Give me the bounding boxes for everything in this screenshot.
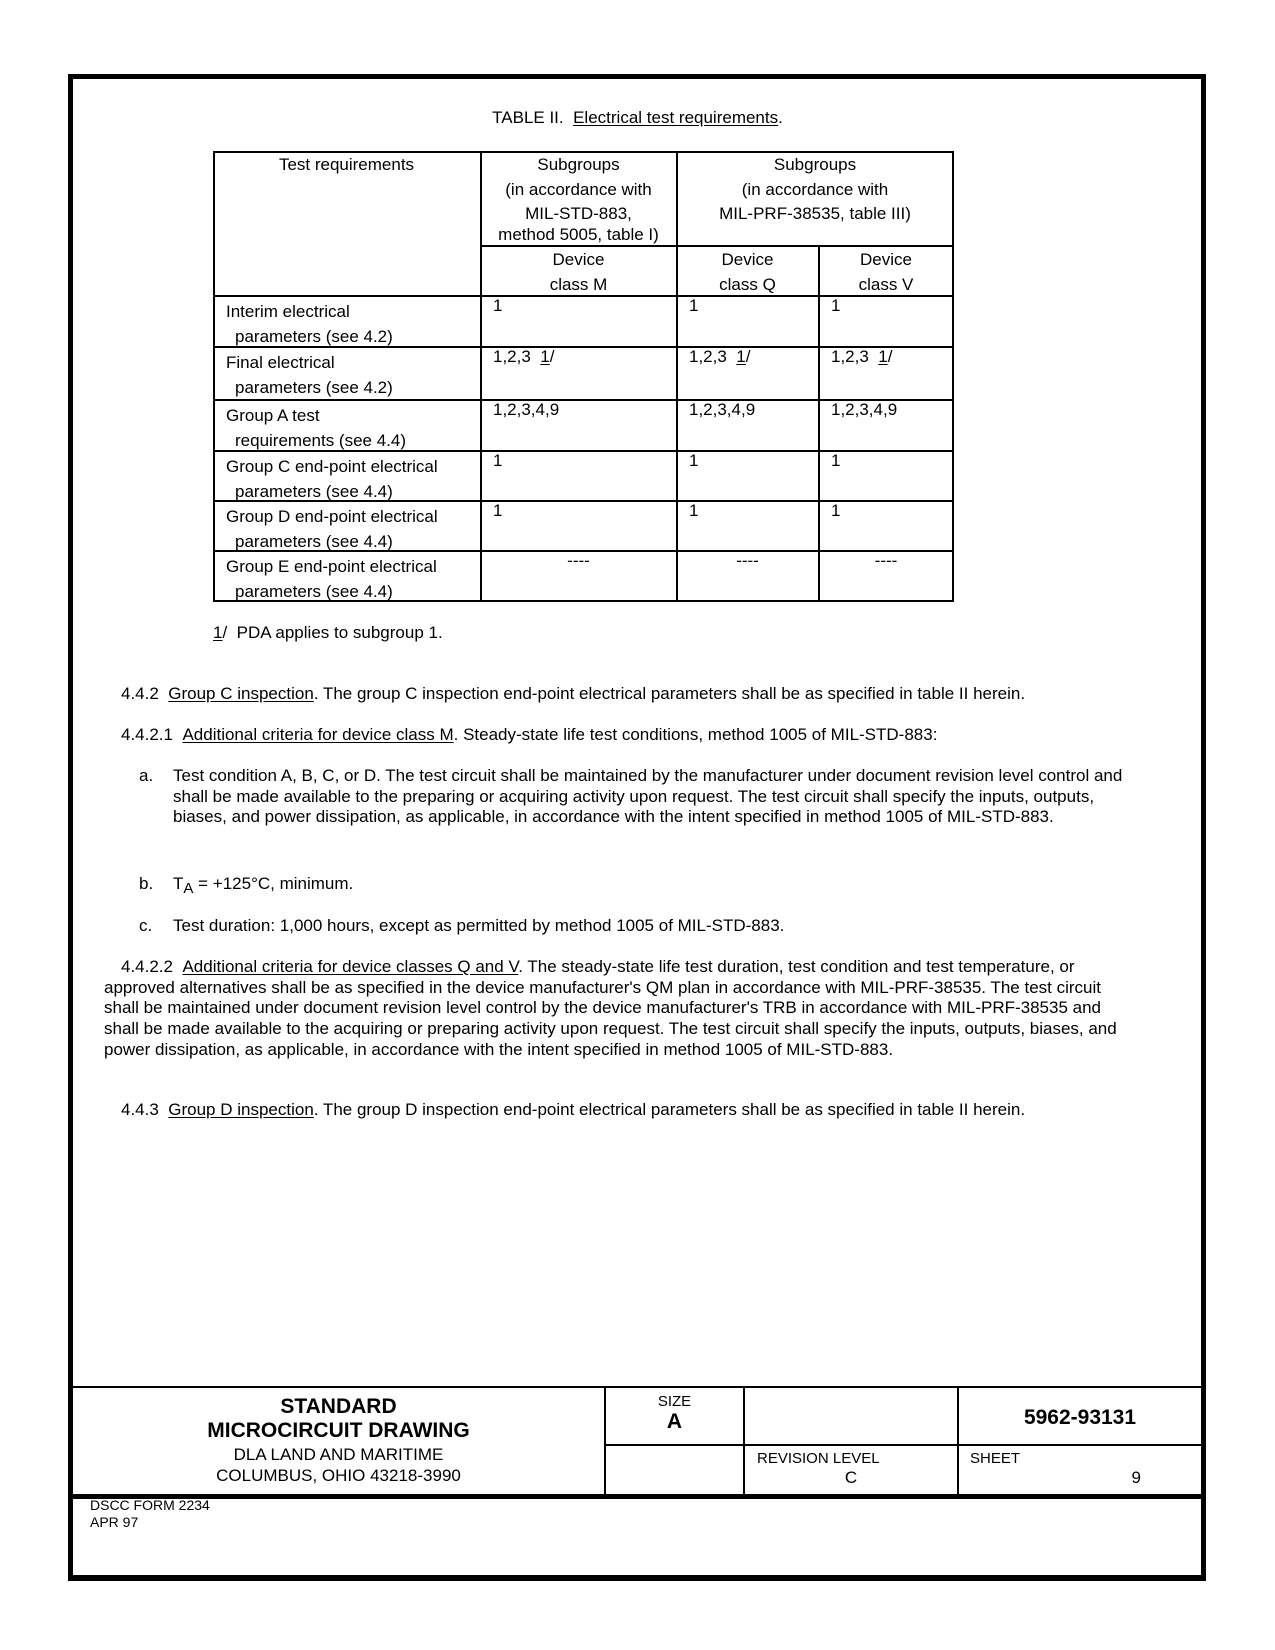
cell-class-v: ----	[819, 549, 953, 574]
list-item-b-letter: b.	[139, 874, 153, 895]
revision-level-value: C	[745, 1468, 957, 1488]
cell-class-q: 1	[689, 499, 698, 524]
form-identifier: DSCC FORM 2234 APR 97	[90, 1497, 210, 1531]
size-value: A	[606, 1410, 743, 1434]
section-title: Group D inspection	[168, 1100, 314, 1119]
cell-class-m: 1,2,3 1/	[493, 345, 554, 370]
row-label: Group C end-point electricalparameters (…	[226, 455, 480, 504]
footnote-reference: 1/	[736, 347, 750, 366]
electrical-test-requirements-table: Test requirements Subgroups (in accordan…	[213, 151, 954, 602]
header-test-requirements: Test requirements	[213, 153, 480, 178]
table-caption-prefix: TABLE II.	[492, 108, 564, 127]
header-device-class-m: Device class M	[481, 248, 676, 297]
header-subgroups-mil-prf-38535: Subgroups (in accordance with MIL-PRF-38…	[677, 153, 953, 227]
section-4-4-3: 4.4.3 Group D inspection. The group D in…	[121, 1100, 1131, 1121]
cell-class-v: 1	[831, 294, 840, 319]
agency-address: COLUMBUS, OHIO 43218-3990	[73, 1466, 604, 1486]
drawing-number: 5962-93131	[959, 1406, 1201, 1430]
row-label: Group D end-point electricalparameters (…	[226, 505, 480, 554]
header-device-class-v: Device class V	[819, 248, 953, 297]
form-name: DSCC FORM 2234	[90, 1497, 210, 1514]
form-date: APR 97	[90, 1514, 210, 1531]
size-label: SIZE	[606, 1393, 743, 1410]
list-item-c-text: Test duration: 1,000 hours, except as pe…	[173, 916, 1123, 937]
header-subgroups-mil-std-883: Subgroups (in accordance with MIL-STD-88…	[481, 153, 676, 245]
footnote-reference: 1/	[540, 347, 554, 366]
cell-class-m: 1	[493, 499, 502, 524]
cell-class-v: 1	[831, 449, 840, 474]
cell-class-m: 1,2,3,4,9	[493, 398, 559, 423]
section-4-4-2-1: 4.4.2.1 Additional criteria for device c…	[121, 725, 1131, 746]
cell-class-q: 1,2,3 1/	[689, 345, 750, 370]
table-footnote: 1/ PDA applies to subgroup 1.	[213, 623, 443, 643]
cell-class-q: ----	[677, 549, 818, 574]
section-4-4-2-2: 4.4.2.2 Additional criteria for device c…	[104, 957, 1124, 1061]
footnote-reference: 1/	[878, 347, 892, 366]
table-caption-title: Electrical test requirements	[573, 108, 778, 127]
list-item-c-letter: c.	[139, 916, 152, 937]
row-label: Final electricalparameters (see 4.2)	[226, 351, 480, 400]
cell-class-v: 1,2,3,4,9	[831, 398, 897, 423]
sheet-label: SHEET	[970, 1450, 1020, 1467]
section-title: Group C inspection	[168, 684, 314, 703]
title-standard: STANDARD	[73, 1395, 604, 1419]
section-title: Additional criteria for device class M	[182, 725, 453, 744]
title-microcircuit-drawing: MICROCIRCUIT DRAWING	[73, 1419, 604, 1443]
agency-name: DLA LAND AND MARITIME	[73, 1445, 604, 1465]
revision-level-label: REVISION LEVEL	[757, 1450, 880, 1467]
cell-class-m: ----	[481, 549, 676, 574]
section-4-4-2: 4.4.2 Group C inspection. The group C in…	[121, 684, 1131, 705]
row-label: Group E end-point electricalparameters (…	[226, 555, 480, 604]
table-caption: TABLE II. Electrical test requirements.	[0, 108, 1275, 128]
row-label: Group A testrequirements (see 4.4)	[226, 404, 480, 453]
cell-class-v: 1,2,3 1/	[831, 345, 892, 370]
cell-class-m: 1	[493, 449, 502, 474]
list-item-a-letter: a.	[139, 766, 153, 787]
cell-class-q: 1,2,3,4,9	[689, 398, 755, 423]
cell-class-m: 1	[493, 294, 502, 319]
list-item-a-text: Test condition A, B, C, or D. The test c…	[173, 766, 1123, 828]
sheet-number: 9	[959, 1468, 1141, 1488]
list-item-b-text: TA = +125°C, minimum.	[173, 874, 1123, 900]
cell-class-q: 1	[689, 294, 698, 319]
cell-class-q: 1	[689, 449, 698, 474]
cell-class-v: 1	[831, 499, 840, 524]
section-title: Additional criteria for device classes Q…	[182, 957, 518, 976]
header-device-class-q: Device class Q	[677, 248, 818, 297]
row-label: Interim electricalparameters (see 4.2)	[226, 300, 480, 349]
